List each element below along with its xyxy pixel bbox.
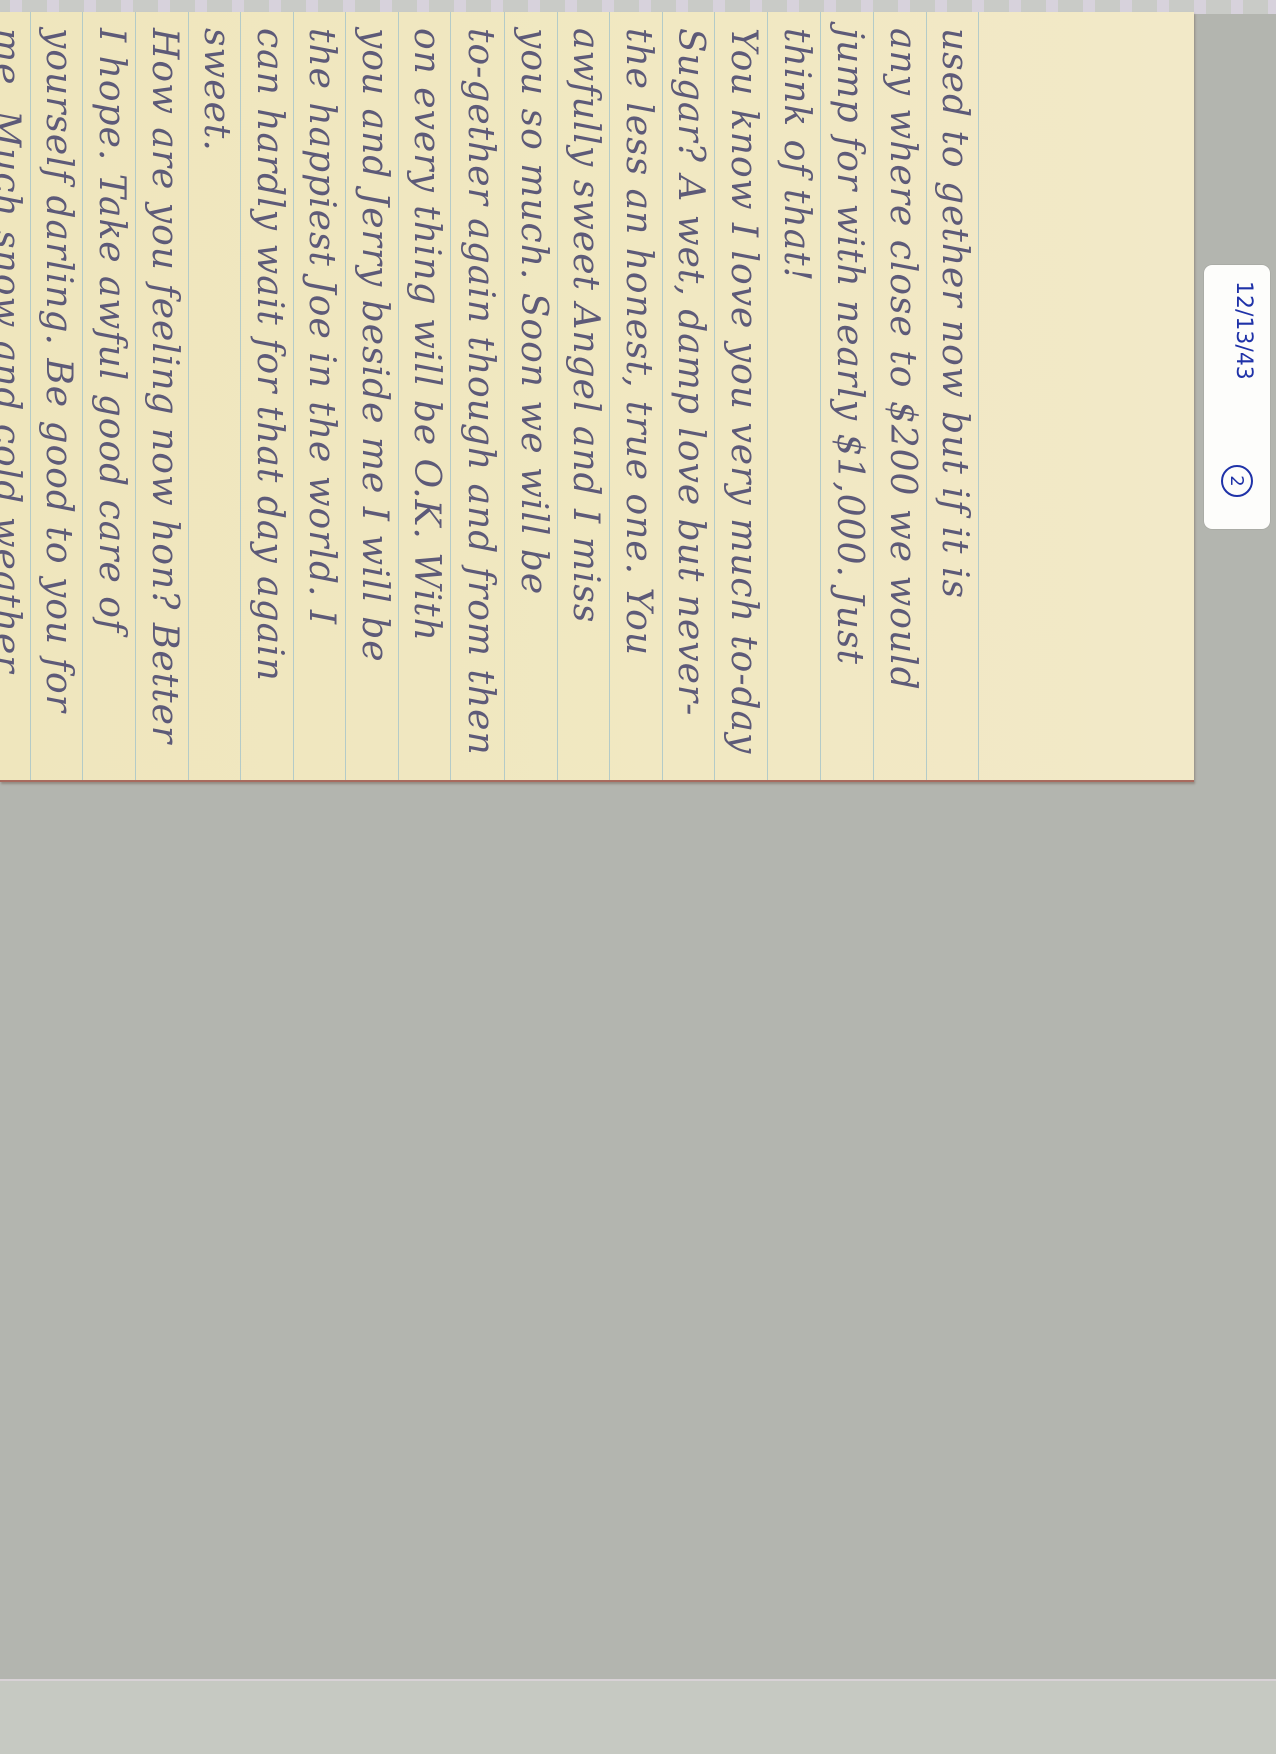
ruled-line — [662, 12, 663, 780]
letter-line-5: You know I love you very much to-day — [720, 28, 766, 782]
letter-line-13: the happiest Joe in the world. I — [298, 28, 344, 782]
letter-line-2: any where close to $200 we would — [879, 28, 925, 782]
ruled-line — [188, 12, 189, 780]
letter-line-8: awfully sweet Angel and I miss — [562, 28, 608, 782]
ruled-line — [609, 12, 610, 780]
scanner-backdrop-lower-strip — [0, 1679, 1276, 1754]
ruled-line — [30, 12, 31, 780]
label-page-number: 2 — [1221, 465, 1253, 497]
ruled-line — [557, 12, 558, 780]
ruled-line — [978, 12, 979, 780]
letter-page: used to gether now but if it is any wher… — [0, 12, 1194, 782]
letter-line-11: on every thing will be O.K. With — [403, 28, 449, 782]
ruled-line — [820, 12, 821, 780]
letter-line-9: you so much. Soon we will be — [510, 28, 556, 782]
letter-line-15: sweet. — [193, 28, 239, 782]
label-date: 12/13/43 — [1231, 281, 1256, 380]
letter-line-17: I hope. Take awful good care of — [88, 28, 134, 782]
letter-line-10: to-gether again though and from then — [457, 28, 503, 782]
ruled-line — [873, 12, 874, 780]
letter-line-16: How are you feeling now hon? Better — [141, 28, 187, 782]
ruled-line — [450, 12, 451, 780]
ruled-line — [926, 12, 927, 780]
letter-line-14: can hardly wait for that day again — [246, 28, 292, 782]
letter-line-19: me. Much snow and cold weather — [0, 28, 29, 782]
letter-line-6: Sugar? A wet, damp love but never- — [667, 28, 713, 782]
ruled-line — [293, 12, 294, 780]
letter-line-4: think of that! — [773, 28, 819, 782]
ruled-line — [714, 12, 715, 780]
letter-line-12: you and Jerry beside me I will be — [351, 28, 397, 782]
archive-label-card: 12/13/43 2 — [1204, 265, 1270, 529]
letter-line-1: used to gether now but if it is — [931, 28, 977, 782]
ruled-line — [82, 12, 83, 780]
ruled-line — [398, 12, 399, 780]
ruled-line — [135, 12, 136, 780]
letter-line-3: jump for with nearly $1,000. Just — [826, 28, 872, 782]
letter-line-18: yourself darling. Be good to you for — [35, 28, 81, 782]
letter-line-7: the less an honest, true one. You — [615, 28, 661, 782]
ruled-line — [240, 12, 241, 780]
ruled-line — [345, 12, 346, 780]
ruled-line — [504, 12, 505, 780]
ruled-line — [767, 12, 768, 780]
